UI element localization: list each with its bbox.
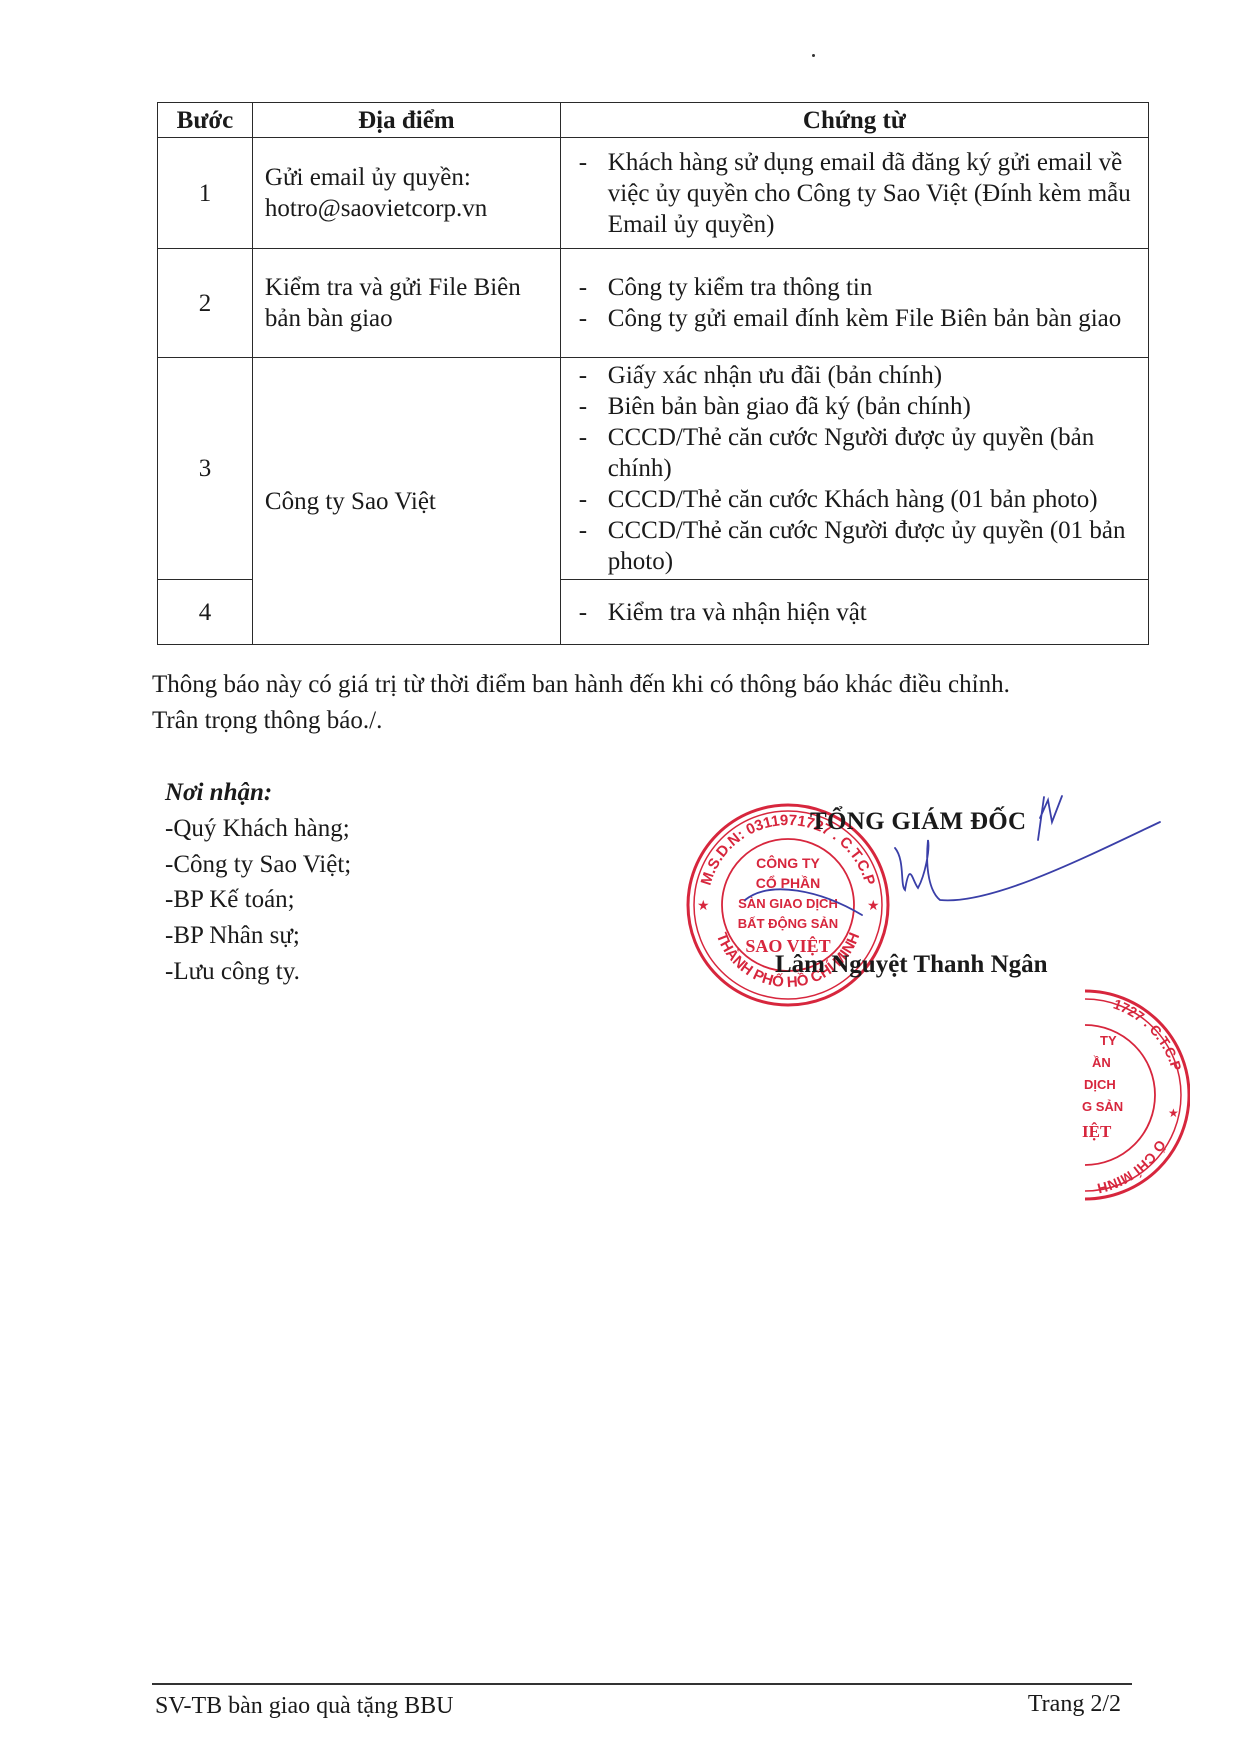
step-number: 4	[158, 580, 253, 645]
svg-text:★: ★	[867, 897, 880, 913]
step-number: 2	[158, 249, 253, 358]
step-documents: Giấy xác nhận ưu đãi (bản chính) Biên bả…	[560, 358, 1148, 580]
scan-speck	[812, 54, 815, 57]
signatory-position: TỔNG GIÁM ĐỐC	[810, 808, 1026, 836]
recipient-item: -Công ty Sao Việt;	[165, 847, 351, 883]
footer-page-number: Trang 2/2	[1028, 1691, 1121, 1718]
step-number: 1	[158, 138, 253, 249]
recipient-item: -Lưu công ty.	[165, 954, 351, 990]
svg-text:1727 . C.T.C.P: 1727 . C.T.C.P	[1111, 996, 1184, 1073]
recipient-item: -Quý Khách hàng;	[165, 811, 351, 847]
recipients-block: Nơi nhận: -Quý Khách hàng; -Công ty Sao …	[165, 775, 351, 990]
recipients-title: Nơi nhận:	[165, 775, 351, 811]
place-line: Gửi email ủy quyền:	[265, 162, 548, 193]
step-place: Gửi email ủy quyền: hotro@saovietcorp.vn	[252, 138, 560, 249]
document-item: CCCD/Thẻ căn cước Khách hàng (01 bản pho…	[575, 484, 1138, 515]
footer-document-name: SV-TB bàn giao quà tặng BBU	[155, 1693, 453, 1720]
partial-seal-icon: 1727 . C.T.C.P Ố CHÍ MINH ★ TY ẦN DỊCH G…	[1080, 985, 1190, 1205]
recipient-item: -BP Nhân sự;	[165, 918, 351, 954]
svg-text:IỆT: IỆT	[1082, 1122, 1112, 1141]
table-row: 3 Công ty Sao Việt Giấy xác nhận ưu đãi …	[158, 358, 1149, 580]
svg-text:G SẢN: G SẢN	[1082, 1099, 1123, 1114]
validity-statement: Thông báo này có giá trị từ thời điểm ba…	[152, 667, 1010, 703]
svg-text:CÔNG TY: CÔNG TY	[756, 854, 820, 871]
document-item: Khách hàng sử dụng email đã đăng ký gửi …	[575, 147, 1138, 240]
svg-text:★: ★	[1168, 1106, 1179, 1120]
email-address: hotro@saovietcorp.vn	[265, 193, 548, 224]
document-item: Công ty gửi email đính kèm File Biên bản…	[575, 303, 1138, 334]
svg-text:ẦN: ẦN	[1092, 1055, 1111, 1070]
step-place: Công ty Sao Việt	[252, 358, 560, 645]
svg-text:BẤT ĐỘNG SẢN: BẤT ĐỘNG SẢN	[738, 916, 838, 931]
table-row: 2 Kiểm tra và gửi File Biên bản bàn giao…	[158, 249, 1149, 358]
header-step: Bước	[158, 103, 253, 138]
step-documents: Công ty kiểm tra thông tin Công ty gửi e…	[560, 249, 1148, 358]
step-number: 3	[158, 358, 253, 580]
document-item: Biên bản bàn giao đã ký (bản chính)	[575, 391, 1138, 422]
document-item: Công ty kiểm tra thông tin	[575, 272, 1138, 303]
regards-line: Trân trọng thông báo./.	[152, 703, 382, 739]
header-documents: Chứng từ	[560, 103, 1148, 138]
table-row: 1 Gửi email ủy quyền: hotro@saovietcorp.…	[158, 138, 1149, 249]
header-place: Địa điểm	[252, 103, 560, 138]
recipient-item: -BP Kế toán;	[165, 882, 351, 918]
steps-table: Bước Địa điểm Chứng từ 1 Gửi email ủy qu…	[157, 102, 1149, 645]
step-place: Kiểm tra và gửi File Biên bản bàn giao	[252, 249, 560, 358]
svg-text:DỊCH: DỊCH	[1084, 1077, 1116, 1092]
svg-text:TY: TY	[1100, 1033, 1117, 1048]
table-header-row: Bước Địa điểm Chứng từ	[158, 103, 1149, 138]
document-item: Giấy xác nhận ưu đãi (bản chính)	[575, 360, 1138, 391]
step-documents: Kiểm tra và nhận hiện vật	[560, 580, 1148, 645]
signatory-name: Lâm Nguyệt Thanh Ngân	[775, 951, 1048, 979]
svg-text:CỔ PHẦN: CỔ PHẦN	[756, 874, 821, 891]
document-page: Bước Địa điểm Chứng từ 1 Gửi email ủy qu…	[0, 0, 1239, 1754]
document-item: CCCD/Thẻ căn cước Người được ủy quyền (0…	[575, 515, 1138, 577]
footer-divider	[152, 1683, 1132, 1685]
document-item: CCCD/Thẻ căn cước Người được ủy quyền (b…	[575, 422, 1138, 484]
svg-text:SÀN GIAO DỊCH: SÀN GIAO DỊCH	[738, 896, 838, 911]
document-item: Kiểm tra và nhận hiện vật	[575, 597, 1138, 628]
step-documents: Khách hàng sử dụng email đã đăng ký gửi …	[560, 138, 1148, 249]
svg-text:★: ★	[697, 897, 710, 913]
